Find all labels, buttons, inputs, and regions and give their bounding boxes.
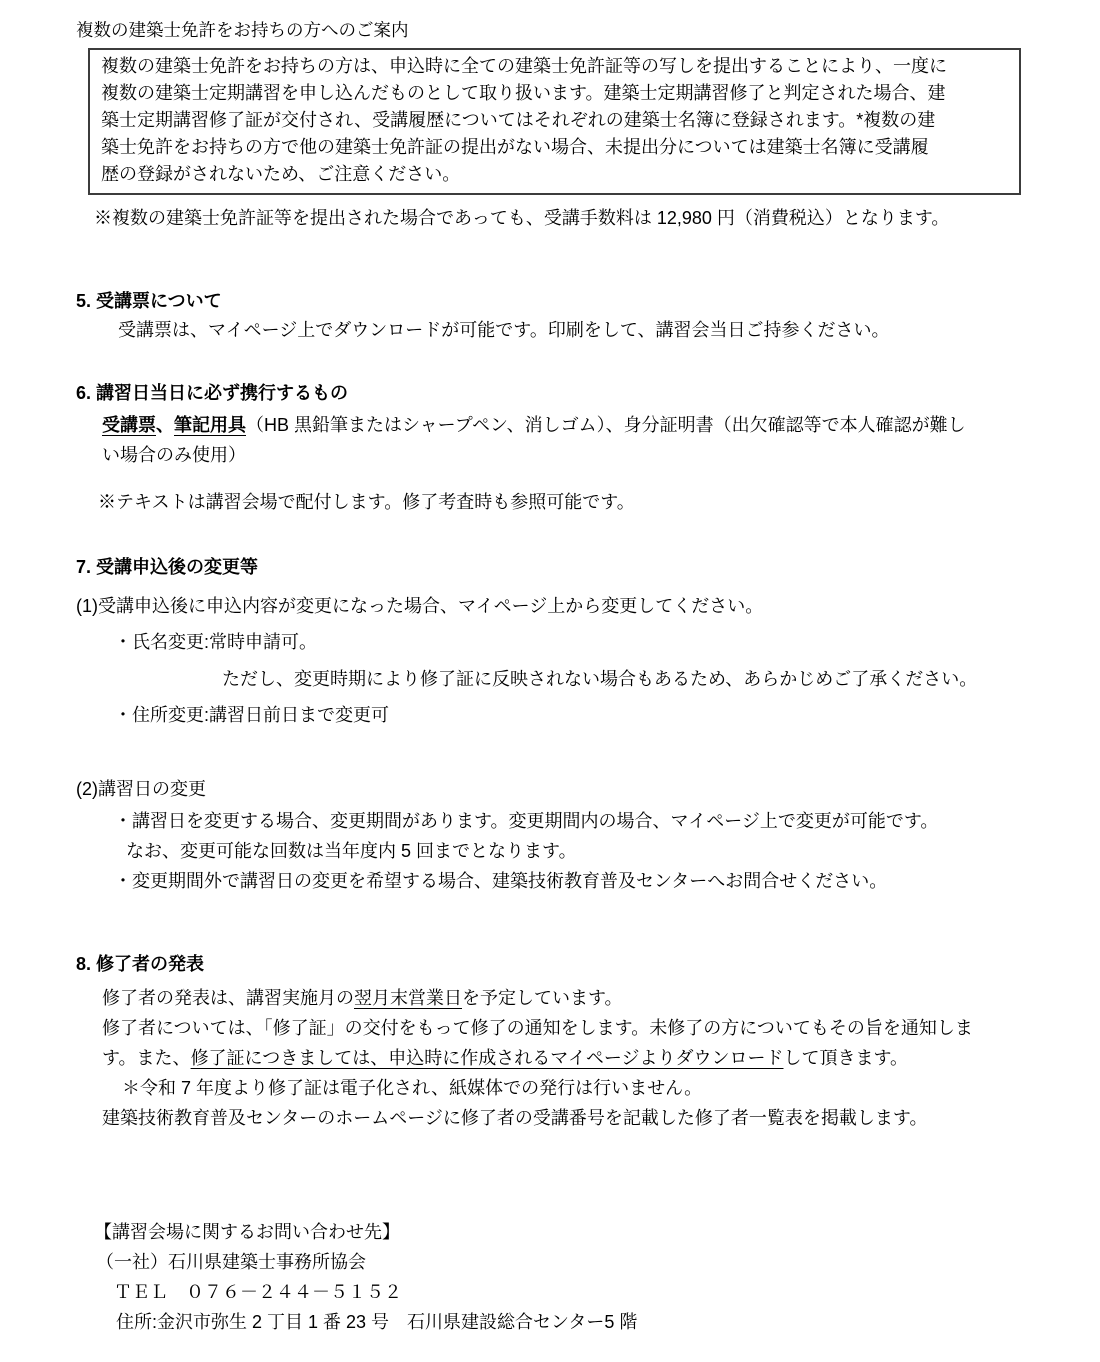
digital-certificate-note: ＊令和 7 年度より修了証は電子化され、紙媒体での発行は行いません。: [102, 1073, 1022, 1103]
section-8-body: 修了者の発表は、講習実施月の翌月末営業日を予定しています。 修了者については、「…: [102, 983, 1022, 1133]
contact-tel: ＴＥＬ ０７６－２４４－５１５２: [94, 1277, 1022, 1307]
carry-item-writing-tools: 筆記用具: [174, 415, 246, 435]
section-7-item1: (1)受講申込後に申込内容が変更になった場合、マイページ上から変更してください。: [76, 596, 1022, 617]
fee-note: ※複数の建築士免許証等を提出された場合であっても、受講手数料は 12,980 円…: [94, 208, 1022, 229]
section-5-body: 受講票は、マイページ上でダウンロードが可能です。印刷をして、講習会当日ご持参くだ…: [118, 320, 1022, 341]
document-page: 複数の建築士免許をお持ちの方へのご案内 複数の建築士免許をお持ちの方は、申込時に…: [0, 0, 1100, 1362]
carry-item-separator: 、: [156, 415, 174, 435]
line3-pre: す。また、: [102, 1048, 191, 1068]
page-title: 複数の建築士免許をお持ちの方へのご案内: [76, 20, 1022, 41]
section-7-item2-details: ・講習日を変更する場合、変更期間があります。変更期間内の場合、マイページ上で変更…: [114, 806, 1022, 896]
line1-underlined: 翌月末営業日: [354, 988, 462, 1008]
course-date-change-line2: なお、変更可能な回数は当年度内 5 回までとなります。: [114, 836, 1022, 866]
contact-organization: （一社）石川県建築士事務所協会: [94, 1247, 1022, 1277]
line1-pre: 修了者の発表は、講習実施月の: [102, 988, 354, 1008]
course-date-change-line3: ・変更期間外で講習日の変更を希望する場合、建築技術教育普及センターへお問合せくだ…: [114, 866, 1022, 896]
section-5-heading: 5. 受講票について: [76, 291, 1022, 312]
multiple-license-notice-box: 複数の建築士免許をお持ちの方は、申込時に全ての建築士免許証等の写しを提出すること…: [88, 48, 1021, 195]
section-7-heading: 7. 受講申込後の変更等: [76, 557, 1022, 578]
completion-list-note: 建築技術教育普及センターのホームページに修了者の受講番号を記載した修了者一覧表を…: [102, 1103, 1022, 1133]
completion-announce-line2: 修了者については、「修了証」の交付をもって修了の通知をします。未修了の方について…: [102, 1013, 1022, 1043]
course-date-change-line1: ・講習日を変更する場合、変更期間があります。変更期間内の場合、マイページ上で変更…: [114, 806, 1022, 836]
carry-item-admission-ticket: 受講票: [102, 415, 156, 435]
line3-underlined: 修了証につきましては、申込時に作成されるマイページよりダウンロード: [191, 1048, 784, 1068]
contact-block: 【講習会場に関するお問い合わせ先】 （一社）石川県建築士事務所協会 ＴＥＬ ０７…: [94, 1217, 1022, 1337]
contact-heading: 【講習会場に関するお問い合わせ先】: [94, 1217, 1022, 1247]
completion-announce-line1: 修了者の発表は、講習実施月の翌月末営業日を予定しています。: [102, 983, 1022, 1013]
section-7-item2-heading: (2)講習日の変更: [76, 779, 1022, 800]
notice-box-text: 複数の建築士免許をお持ちの方は、申込時に全ての建築士免許証等の写しを提出すること…: [101, 56, 947, 184]
contact-address: 住所:金沢市弥生 2 丁目 1 番 23 号 石川県建設総合センター5 階: [94, 1307, 1022, 1337]
section-8-heading: 8. 修了者の発表: [76, 954, 1022, 975]
address-change-line: ・住所変更:講習日前日まで変更可: [114, 705, 1022, 726]
line3-post: して頂きます。: [783, 1048, 908, 1068]
name-change-line: ・氏名変更:常時申請可。: [114, 632, 1022, 653]
line1-post: を予定しています。: [462, 988, 623, 1008]
section-6-heading: 6. 講習日当日に必ず携行するもの: [76, 383, 1022, 404]
section-6-carry-items: 受講票、筆記用具（HB 黒鉛筆またはシャープペン、消しゴム）、身分証明書（出欠確…: [102, 410, 1022, 470]
name-change-note: ただし、変更時期により修了証に反映されない場合もあるため、あらかじめご了承くださ…: [222, 669, 1022, 690]
section-6-text-note: ※テキストは講習会場で配付します。修了考査時も参照可能です。: [98, 492, 1022, 513]
completion-announce-line3: す。また、修了証につきましては、申込時に作成されるマイページよりダウンロードして…: [102, 1043, 1022, 1073]
